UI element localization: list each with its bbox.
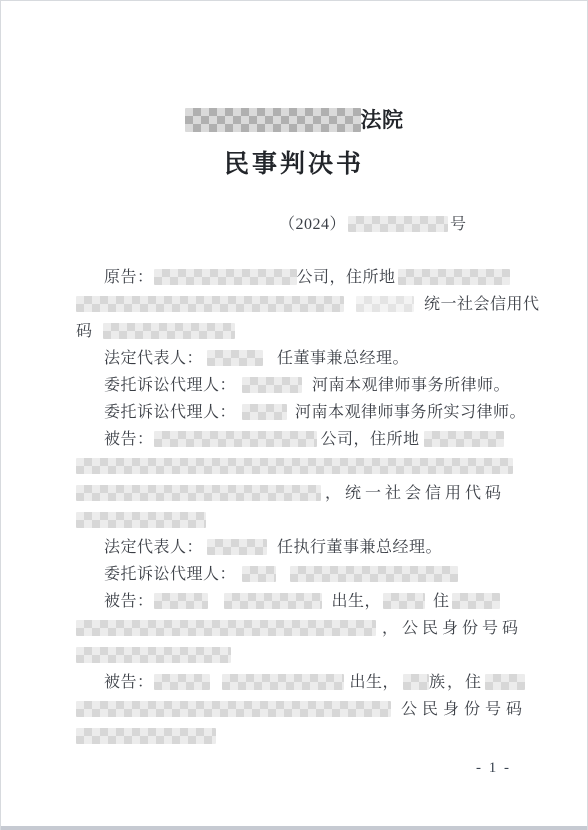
redacted-block [424,431,504,447]
redacted-block [154,593,208,609]
defendant1-address-line [1,453,587,480]
text-run: 被告： [76,674,154,691]
text-run: 原告： [76,269,154,286]
text-run: 法院 [361,108,404,132]
plaintiff-agent-line-2: 委托诉讼代理人：河南本观律师事务所实习律师。 [1,399,587,426]
defendant1-agent-line: 委托诉讼代理人： [1,561,587,588]
defendant2-id-code-line [1,642,587,669]
text-run: 委托诉讼代理人： [76,377,236,394]
text-run: 任董事兼总经理。 [277,350,409,367]
text-run: ，公民身份号码 [382,620,522,637]
redacted-block [76,620,376,636]
redacted-block [242,566,276,582]
redacted-block [290,566,458,582]
defendant2-line: 被告：出生，住 [1,588,587,615]
defendant3-id-code-line [1,723,587,750]
redacted-block [154,431,317,447]
redacted-block [403,674,429,690]
text-run: 出生， [332,593,382,610]
redacted-block [207,539,267,555]
text-run: 委托诉讼代理人： [76,566,236,583]
redacted-block [76,701,391,717]
redacted-block [207,350,263,366]
text-run: 河南本观律师事务所律师。 [312,377,510,394]
redacted-block [348,216,448,232]
plaintiff-credit-code-line: 码 [1,318,587,345]
text-run: 公司，住所地 [297,269,396,286]
text-run: 出生， [350,674,400,691]
redacted-block [356,296,414,312]
redacted-block [398,269,510,285]
redacted-block [103,323,235,339]
plaintiff-address-line: 统一社会信用代 [1,291,587,318]
defendant3-line: 被告：出生，族，住 [1,669,587,696]
judgment-page: 法院民事判决书（2024）号原告：公司，住所地统一社会信用代码法定代表人：任董事… [0,0,588,830]
plaintiff-agent-line-1: 委托诉讼代理人：河南本观律师事务所律师。 [1,372,587,399]
text-run: 民事判决书 [224,151,364,178]
redacted-block [452,593,500,609]
redacted-block [485,674,525,690]
document-lines: 法院民事判决书（2024）号原告：公司，住所地统一社会信用代码法定代表人：任董事… [1,104,587,750]
redacted-block [185,108,361,132]
text-run: 法定代表人： [76,539,203,556]
text-run: 被告： [76,431,154,448]
defendant3-id-line: 公民身份号码 [1,696,587,723]
text-run: 族，住 [429,674,483,691]
court-title-line: 法院 [1,104,587,139]
redacted-block [76,512,206,528]
text-run: 被告： [76,593,154,610]
text-run: 统一社会信用代 [424,296,540,313]
redacted-block [242,404,287,420]
text-run: （2024） [279,216,346,233]
text-run: 任执行董事兼总经理。 [277,539,442,556]
defendant1-legal-rep-line: 法定代表人：任执行董事兼总经理。 [1,534,587,561]
page-bottom-edge [1,826,587,830]
text-run: ，统一社会信用代码 [325,485,505,502]
text-run: 号 [450,216,467,233]
defendant1-line: 被告：公司，住所地 [1,426,587,453]
redacted-block [76,647,231,663]
redacted-block [76,485,321,501]
redacted-block [154,269,297,285]
text-run: 码 [76,323,93,340]
text-run: 公司，住所地 [321,431,420,448]
text-run: 委托诉讼代理人： [76,404,236,421]
redacted-block [76,296,344,312]
redacted-block [222,674,344,690]
defendant1-credit-line: ，统一社会信用代码 [1,480,587,507]
page-number: - 1 - [1,756,587,780]
redacted-block [76,728,216,744]
plaintiff-legal-rep-line: 法定代表人：任董事兼总经理。 [1,345,587,372]
defendant2-id-line: ，公民身份号码 [1,615,587,642]
text-run: 住 [433,593,450,610]
redacted-block [242,377,302,393]
redacted-block [154,674,210,690]
text-run: 法定代表人： [76,350,203,367]
text-run: 河南本观律师事务所实习律师。 [295,404,526,421]
document-title: 民事判决书 [1,145,587,188]
redacted-block [76,458,513,474]
plaintiff-line: 原告：公司，住所地 [1,264,587,291]
text-run: 公民身份号码 [401,701,527,718]
case-number-line: （2024）号 [1,212,587,238]
redacted-block [383,593,425,609]
redacted-block [224,593,322,609]
defendant1-credit-code-line [1,507,587,534]
